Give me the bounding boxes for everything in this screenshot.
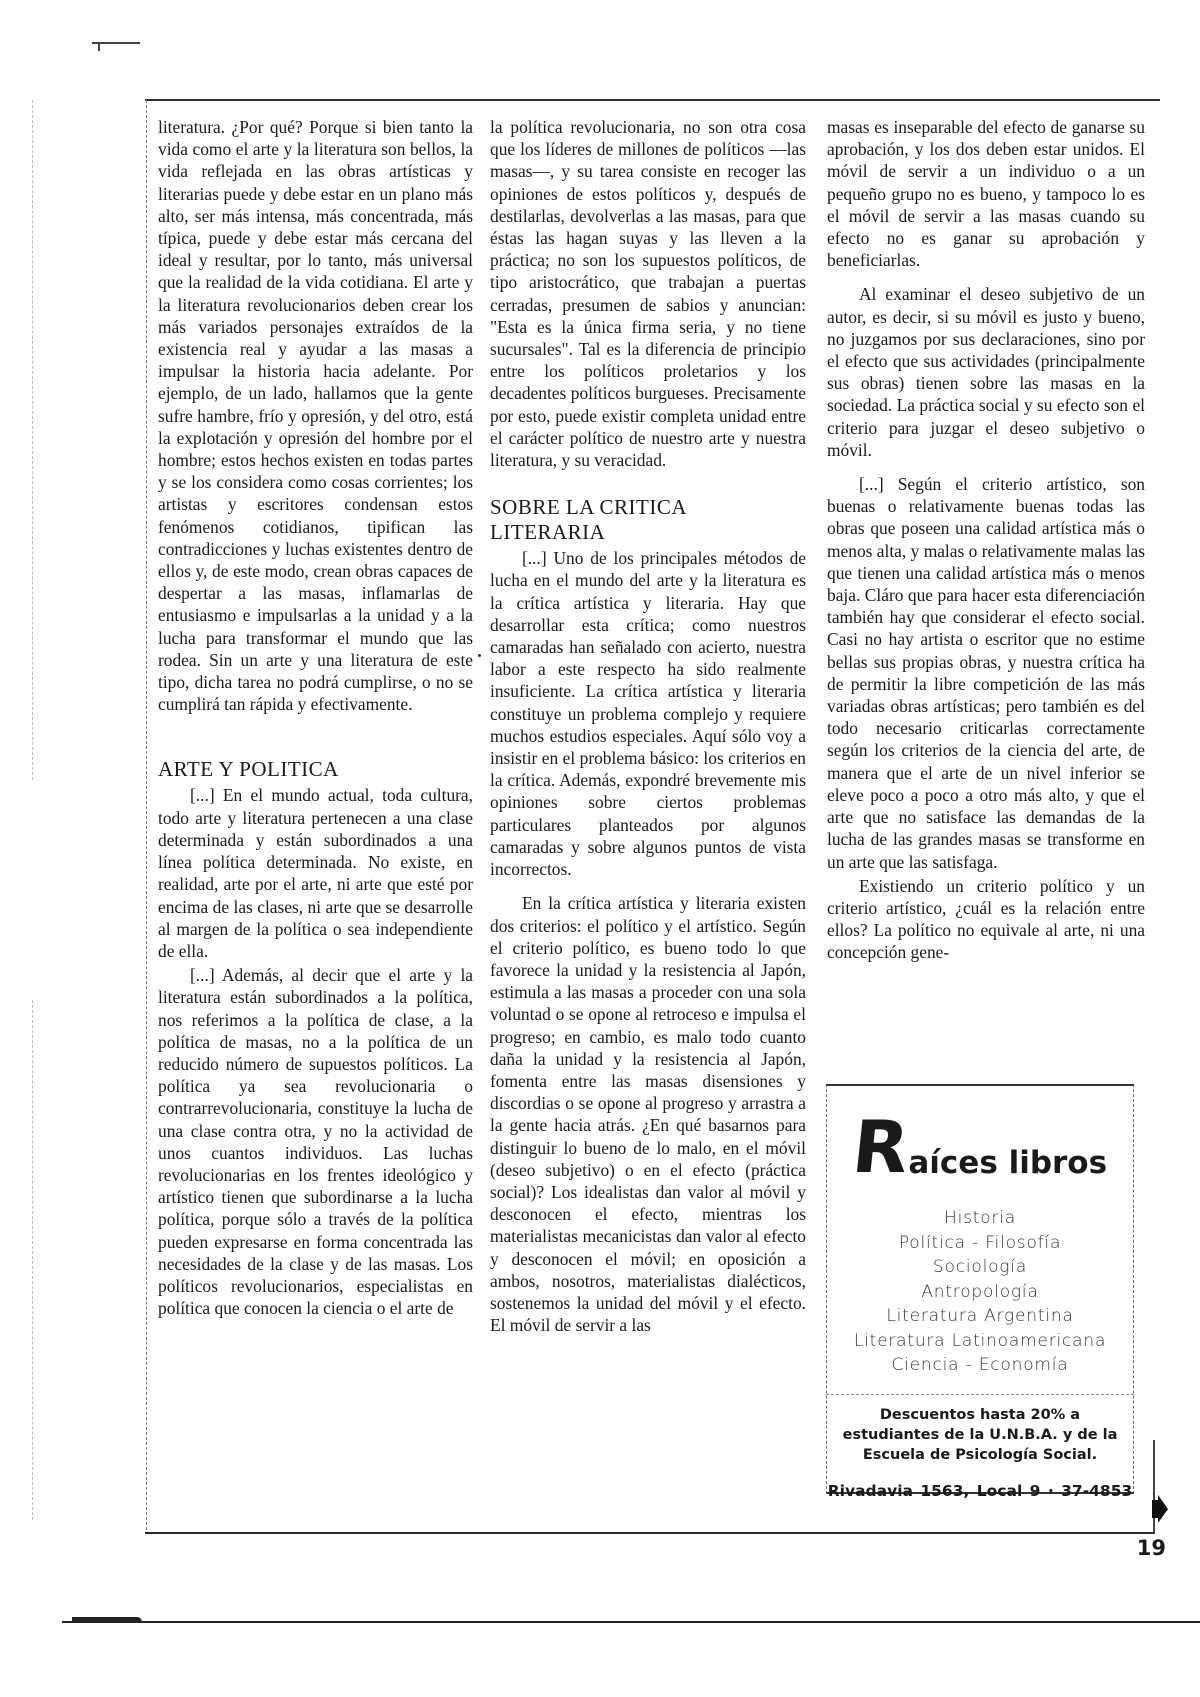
body-paragraph: Existiendo un criterio político y un cri… <box>827 875 1145 964</box>
frame-left-rule <box>146 100 147 1530</box>
margin-scan-mark <box>32 100 34 780</box>
section-heading-critica-literaria: SOBRE LA CRITICA LITERARIA <box>490 495 806 545</box>
body-paragraph: [...] Además, al decir que el arte y la … <box>158 964 473 1319</box>
category-list: Historia Política - Filosofía Sociología… <box>827 1206 1133 1378</box>
category-item: Antropología <box>827 1280 1133 1305</box>
discount-notice: Descuentos hasta 20% a estudiantes de la… <box>827 1405 1133 1465</box>
body-paragraph: [...] Uno de los principales métodos de … <box>490 547 806 880</box>
body-paragraph: la política revolucionaria, no son otra … <box>490 116 806 471</box>
text-column-2: la política revolucionaria, no son otra … <box>490 116 806 1336</box>
body-paragraph: literatura. ¿Por qué? Porque si bien tan… <box>158 116 473 715</box>
ad-divider <box>826 1394 1134 1395</box>
logo-initial: R <box>849 1114 909 1180</box>
category-item: Literatura Argentina <box>827 1304 1133 1329</box>
crop-mark <box>92 42 140 44</box>
bookstore-advertisement: R aíces libros Historia Política - Filos… <box>826 1084 1134 1494</box>
body-paragraph: Al examinar el deseo subjetivo de un aut… <box>827 283 1145 461</box>
category-item: Literatura Latinoamericana <box>827 1329 1133 1354</box>
frame-bottom-rule <box>145 1532 1155 1534</box>
bottom-scan-rule <box>62 1621 1200 1623</box>
category-item: Historia <box>827 1206 1133 1231</box>
text-column-3: masas es inseparable del efecto de ganar… <box>827 116 1145 964</box>
text-column-1: literatura. ¿Por qué? Porque si bien tan… <box>158 116 473 1319</box>
continue-arrow-icon <box>1158 1495 1168 1523</box>
store-address: Rivadavia 1563, Local 9 · 37-4853 <box>827 1481 1133 1501</box>
page-number: 19 <box>1126 1534 1166 1562</box>
category-item: Política - Filosofía <box>827 1231 1133 1256</box>
category-item: Sociología <box>827 1255 1133 1280</box>
frame-top-rule <box>145 99 1160 101</box>
margin-scan-mark <box>32 1000 34 1520</box>
category-item: Ciencia - Economía <box>827 1353 1133 1378</box>
bookstore-logo: R aíces libros <box>827 1110 1133 1180</box>
body-paragraph: [...] En el mundo actual, toda cultura, … <box>158 784 473 962</box>
body-paragraph: [...] Según el criterio artístico, son b… <box>827 473 1145 873</box>
logo-wordmark: aíces libros <box>908 1146 1107 1180</box>
frame-right-rule <box>1153 1440 1155 1533</box>
body-paragraph: masas es inseparable del efecto de ganar… <box>827 116 1145 271</box>
section-heading-arte-y-politica: ARTE Y POLITICA <box>158 757 473 782</box>
print-speck <box>478 654 481 657</box>
body-paragraph: En la crítica artística y literaria exis… <box>490 892 806 1336</box>
